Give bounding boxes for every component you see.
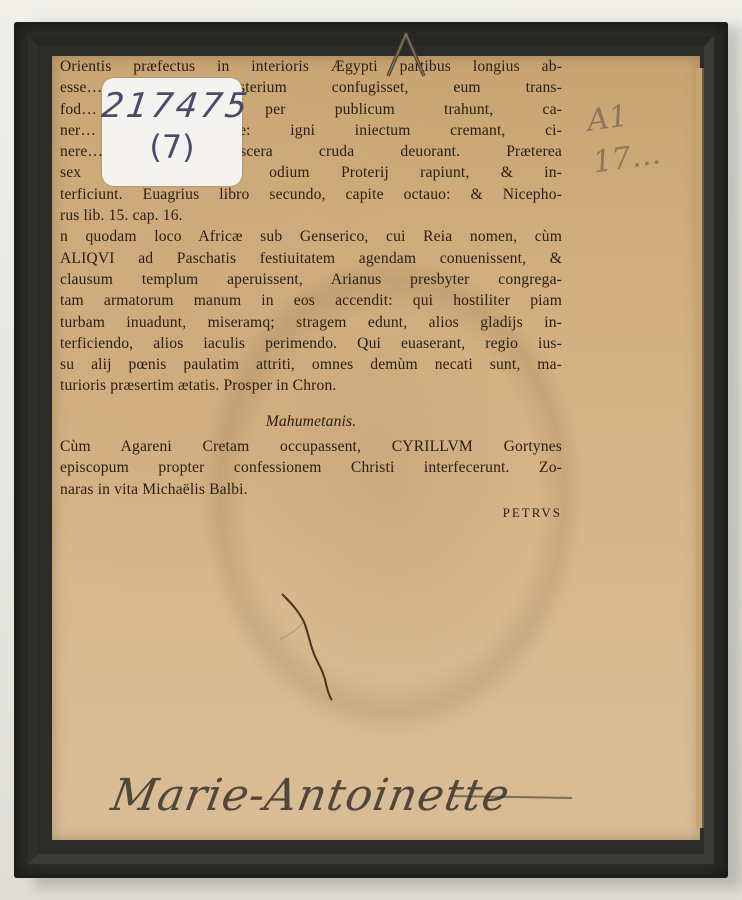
pencil-corner-note: A1 17… <box>584 92 663 185</box>
text-line: n quodam loco Africæ sub Genserico, cui … <box>60 226 562 247</box>
text-line: ALIQVI ad Paschatis festiuitatem agendam… <box>60 248 562 269</box>
text-line: episcopum propter confessionem Christi i… <box>60 457 562 478</box>
text-line: su alij pœnis paulatim attriti, omnes de… <box>60 354 562 375</box>
paper-tear-icon <box>280 592 340 702</box>
pencil-note-line: 17… <box>590 133 663 184</box>
inventory-number: 217475 <box>99 86 245 126</box>
section-heading: Mahumetanis. <box>60 411 562 432</box>
text-line: tam armatorum manum in eos accendit: qui… <box>60 290 562 311</box>
inventory-label: 217475 (7) <box>102 78 242 186</box>
text-line: turioris præsertim ætatis. Prosper in Ch… <box>60 375 562 396</box>
photo-scene: Orientis præfectus in interioris Ægypti … <box>0 0 742 900</box>
text-line: naras in vita Michaëlis Balbi. <box>60 479 562 500</box>
text-line: turbam inuadunt, miseramq; stragem edunt… <box>60 312 562 333</box>
catchword: PETRVS <box>60 502 562 523</box>
text-line: Cùm Agareni Cretam occupassent, CYRILLVM… <box>60 436 562 457</box>
text-line: rus lib. 15. cap. 16. <box>60 205 562 226</box>
printed-page: Orientis præfectus in interioris Ægypti … <box>52 56 700 840</box>
text-line: terficiendo, alios iaculis perimendo. Qu… <box>60 333 562 354</box>
inventory-sub-number: (7) <box>102 128 242 166</box>
wire-hanger-icon <box>384 30 428 78</box>
text-line: clausum templum aperuissent, Arianus pre… <box>60 269 562 290</box>
paper-edge <box>696 68 704 828</box>
text-line: Orientis præfectus in interioris Ægypti … <box>60 56 562 77</box>
text-line: terficiunt. Euagrius libro secundo, capi… <box>60 184 562 205</box>
